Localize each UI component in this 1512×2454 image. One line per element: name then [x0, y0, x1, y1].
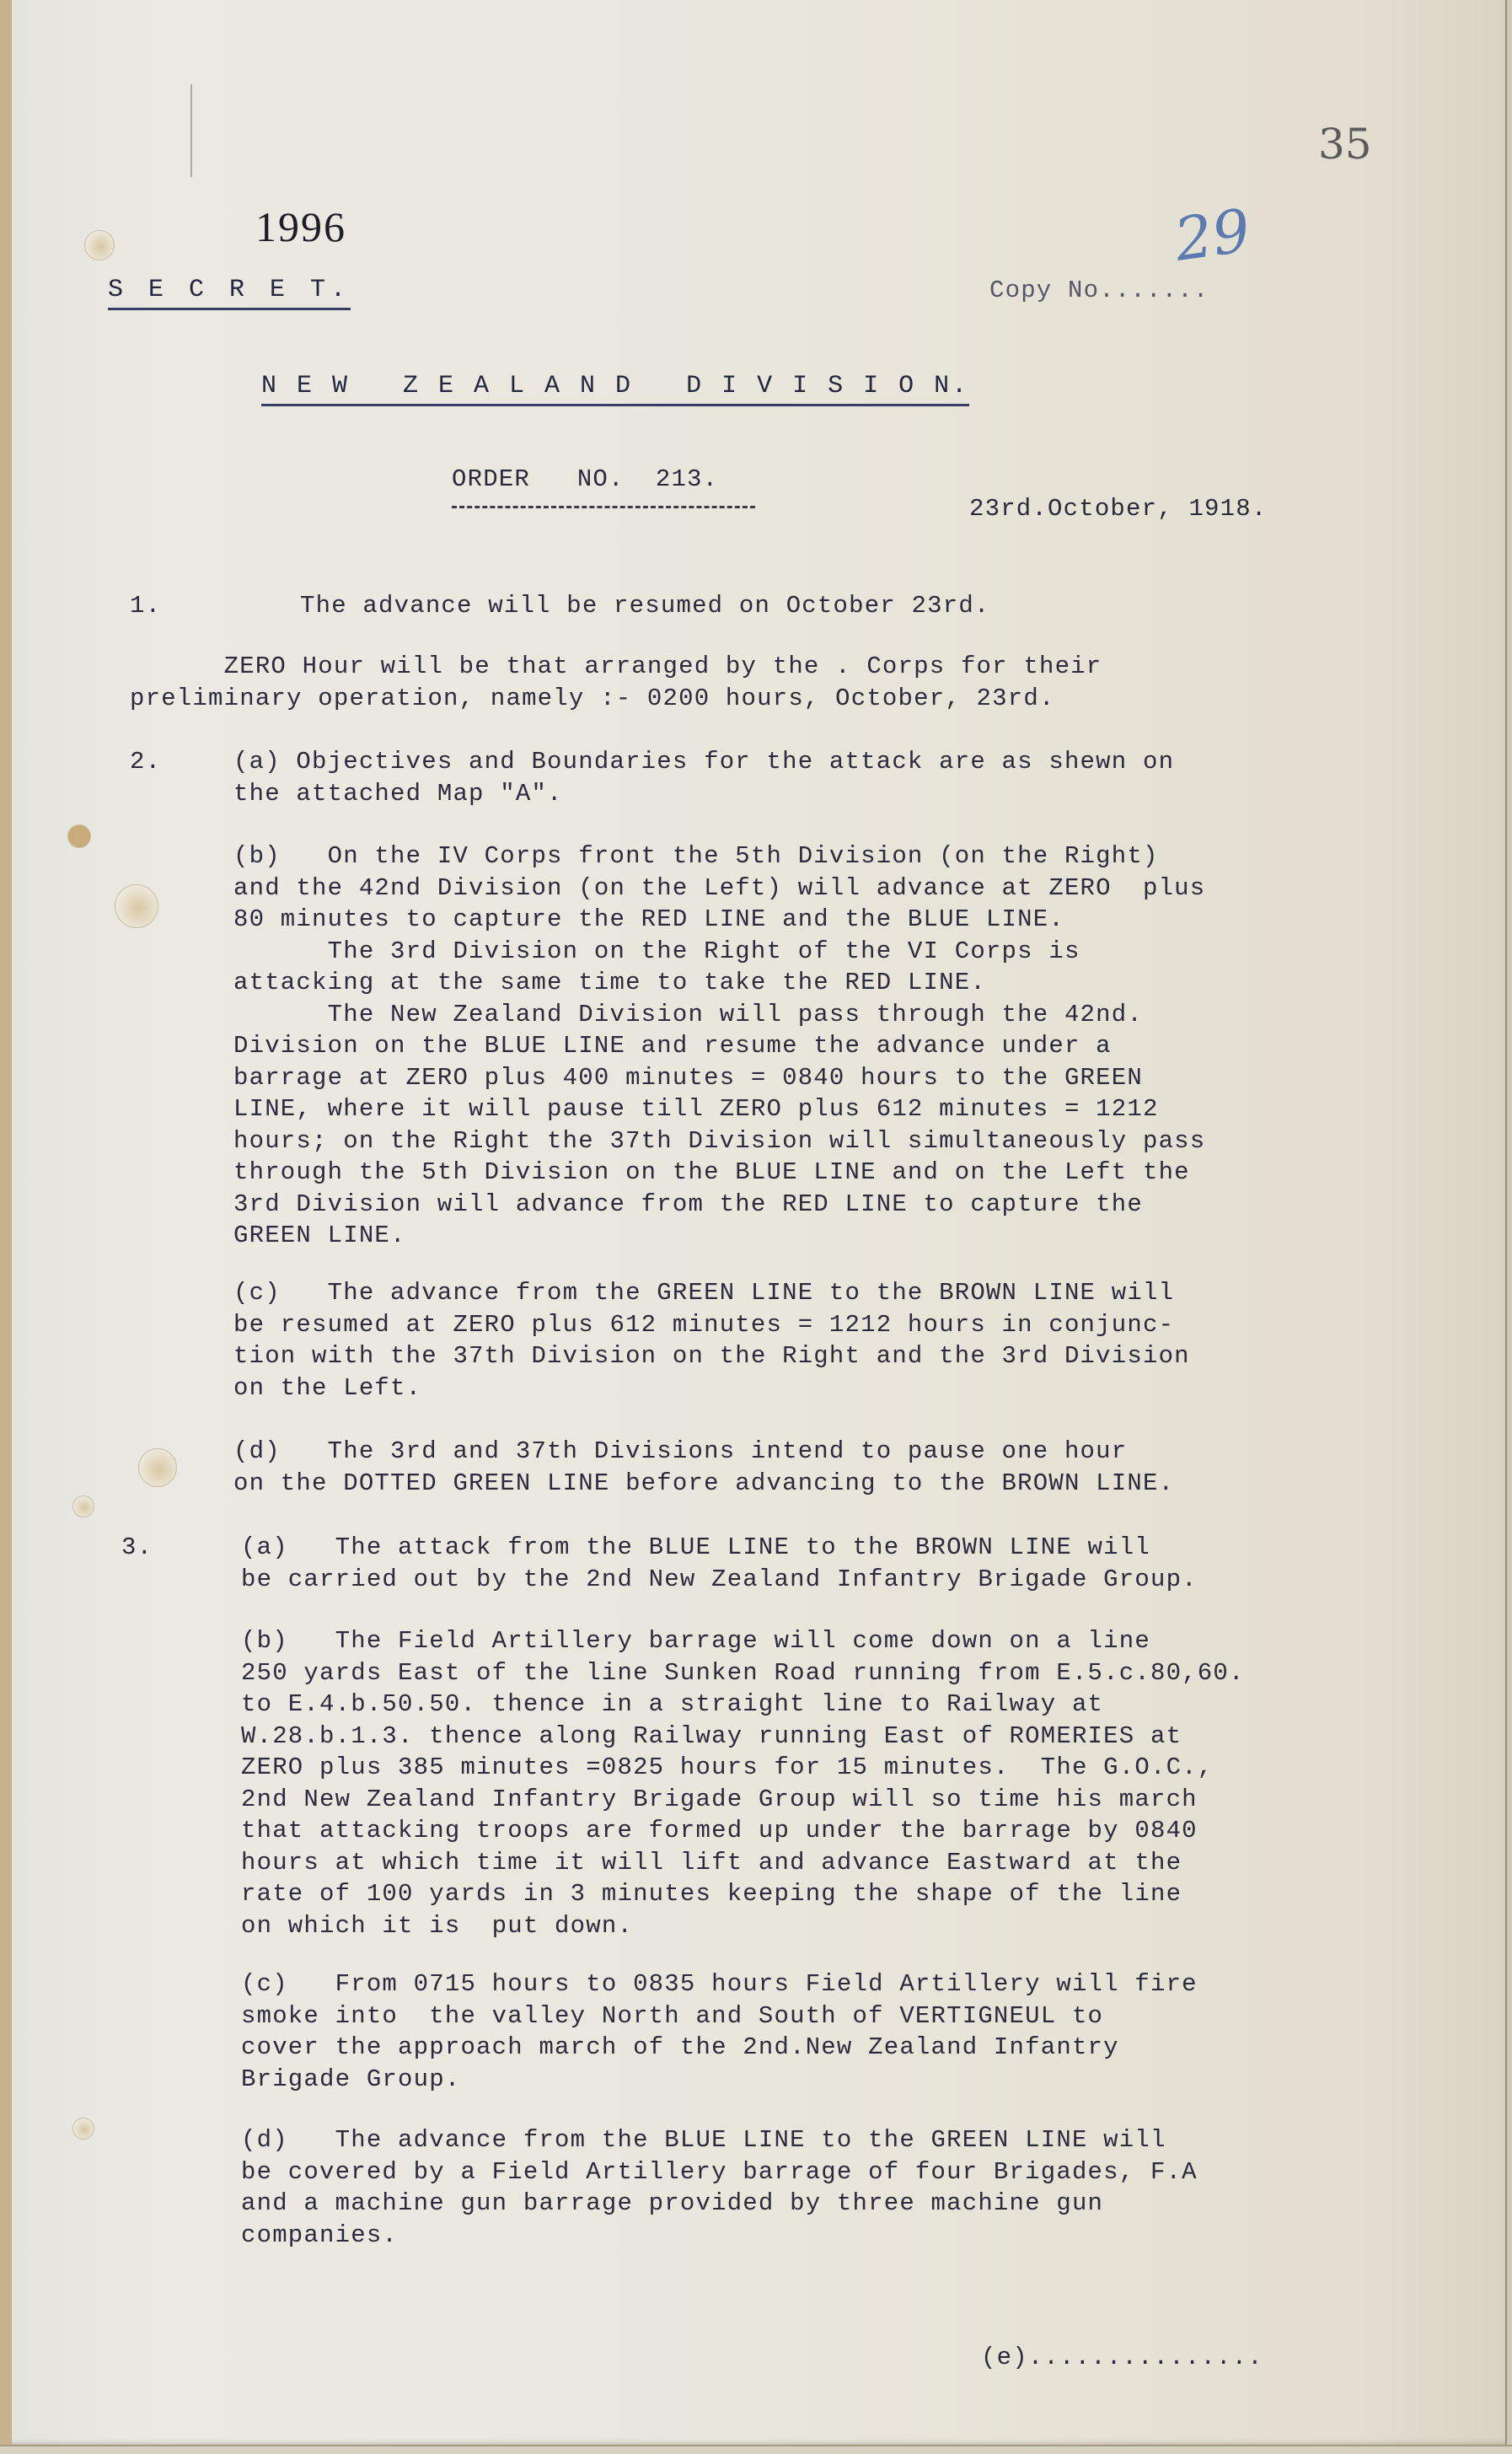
- text-line: tion with the 37th Division on the Right…: [233, 1340, 1190, 1372]
- text-line: be covered by a Field Artillery barrage …: [241, 2156, 1198, 2188]
- copy-number-label: Copy No.......: [989, 275, 1209, 306]
- order-number: ORDER NO. 213.: [452, 464, 718, 495]
- text-line: smoke into the valley North and South of…: [241, 2000, 1198, 2032]
- punch-hole: [115, 884, 158, 928]
- text-line: preliminary operation, namely :- 0200 ho…: [130, 683, 1102, 715]
- paragraph-1-zero-hour: ZERO Hour will be that arranged by the .…: [130, 651, 1102, 714]
- classification-label: S E C R E T.: [108, 275, 351, 310]
- text-line: LINE, where it will pause till ZERO plus…: [233, 1093, 1205, 1125]
- paragraph-number: 2.: [130, 746, 161, 777]
- text-line: rate of 100 yards in 3 minutes keeping t…: [241, 1878, 1245, 1910]
- text-line: Division on the BLUE LINE and resume the…: [233, 1030, 1205, 1062]
- text-line: through the 5th Division on the BLUE LIN…: [233, 1157, 1205, 1189]
- page-number: 35: [1318, 120, 1372, 169]
- paragraph-1: The advance will be resumed on October 2…: [300, 590, 990, 622]
- text-line: GREEN LINE.: [233, 1220, 1205, 1252]
- text-line: companies.: [241, 2220, 1198, 2252]
- text-line: ZERO Hour will be that arranged by the .…: [130, 651, 1102, 683]
- text-line: (b) The Field Artillery barrage will com…: [241, 1625, 1245, 1657]
- text-line: The New Zealand Division will pass throu…: [233, 999, 1205, 1031]
- text-line: (d) The 3rd and 37th Divisions intend to…: [233, 1436, 1174, 1468]
- text-line: cover the approach march of the 2nd.New …: [241, 2032, 1198, 2064]
- text-line: (a) The attack from the BLUE LINE to the…: [241, 1532, 1198, 1564]
- text-line: (c) The advance from the GREEN LINE to t…: [233, 1277, 1190, 1309]
- text-line: 80 minutes to capture the RED LINE and t…: [233, 904, 1205, 936]
- paragraph-3a: (a) The attack from the BLUE LINE to the…: [241, 1532, 1198, 1595]
- punch-hole: [72, 1495, 94, 1517]
- paper-left-edge: [0, 0, 12, 2454]
- paragraph-number: 3.: [121, 1532, 153, 1563]
- text-line: hours; on the Right the 37th Division wi…: [233, 1125, 1205, 1157]
- text-line: ZERO plus 385 minutes =0825 hours for 15…: [241, 1752, 1245, 1784]
- paragraph-2a: (a) Objectives and Boundaries for the at…: [233, 746, 1174, 809]
- continuation-marker: (e)...............: [981, 2342, 1263, 2373]
- text-line: be carried out by the 2nd New Zealand In…: [241, 1564, 1198, 1596]
- text-line: and a machine gun barrage provided by th…: [241, 2188, 1198, 2220]
- paper-bottom-edge: [0, 2445, 1512, 2454]
- paragraph-2c: (c) The advance from the GREEN LINE to t…: [233, 1277, 1190, 1404]
- order-underline: [452, 506, 755, 508]
- paragraph-2d: (d) The 3rd and 37th Divisions intend to…: [233, 1436, 1174, 1499]
- text-line: (b) On the IV Corps front the 5th Divisi…: [233, 840, 1205, 873]
- text-line: 3rd Division will advance from the RED L…: [233, 1189, 1205, 1221]
- text-line: (c) From 0715 hours to 0835 hours Field …: [241, 1968, 1198, 2000]
- punch-hole: [67, 824, 91, 848]
- text-line: The advance will be resumed on October 2…: [300, 590, 990, 622]
- text-line: that attacking troops are formed up unde…: [241, 1815, 1245, 1847]
- text-line: (a) Objectives and Boundaries for the at…: [233, 746, 1174, 778]
- text-line: W.28.b.1.3. thence along Railway running…: [241, 1721, 1245, 1753]
- text-line: be resumed at ZERO plus 612 minutes = 12…: [233, 1309, 1190, 1341]
- text-line: 250 yards East of the line Sunken Road r…: [241, 1657, 1245, 1689]
- paragraph-2b: (b) On the IV Corps front the 5th Divisi…: [233, 840, 1205, 1252]
- document-page: 35 1996 S E C R E T. Copy No....... 29 N…: [12, 0, 1507, 2445]
- text-line: Brigade Group.: [241, 2064, 1198, 2096]
- text-line: hours at which time it will lift and adv…: [241, 1847, 1245, 1879]
- margin-mark: [190, 84, 192, 177]
- text-line: on which it is put down.: [241, 1910, 1245, 1942]
- paragraph-number: 1.: [130, 590, 161, 621]
- text-line: on the DOTTED GREEN LINE before advancin…: [233, 1468, 1174, 1500]
- text-line: attacking at the same time to take the R…: [233, 967, 1205, 999]
- text-line: on the Left.: [233, 1372, 1190, 1404]
- punch-hole: [72, 2118, 94, 2140]
- paragraph-3b: (b) The Field Artillery barrage will com…: [241, 1625, 1245, 1941]
- text-line: 2nd New Zealand Infantry Brigade Group w…: [241, 1784, 1245, 1816]
- text-line: the attached Map "A".: [233, 778, 1174, 810]
- copy-number-handwritten: 29: [1171, 196, 1255, 275]
- punch-hole: [138, 1448, 177, 1487]
- text-line: barrage at ZERO plus 400 minutes = 0840 …: [233, 1062, 1205, 1094]
- text-line: and the 42nd Division (on the Left) will…: [233, 873, 1205, 905]
- text-line: to E.4.b.50.50. thence in a straight lin…: [241, 1689, 1245, 1721]
- document-title: N E W Z E A L A N D D I V I S I O N.: [261, 371, 969, 406]
- paragraph-3d: (d) The advance from the BLUE LINE to th…: [241, 2124, 1198, 2251]
- paragraph-3c: (c) From 0715 hours to 0835 hours Field …: [241, 1968, 1198, 2095]
- file-number: 1996: [255, 202, 346, 251]
- text-line: The 3rd Division on the Right of the VI …: [233, 936, 1205, 968]
- document-date: 23rd.October, 1918.: [969, 493, 1267, 524]
- punch-hole: [84, 230, 115, 260]
- text-line: (d) The advance from the BLUE LINE to th…: [241, 2124, 1198, 2156]
